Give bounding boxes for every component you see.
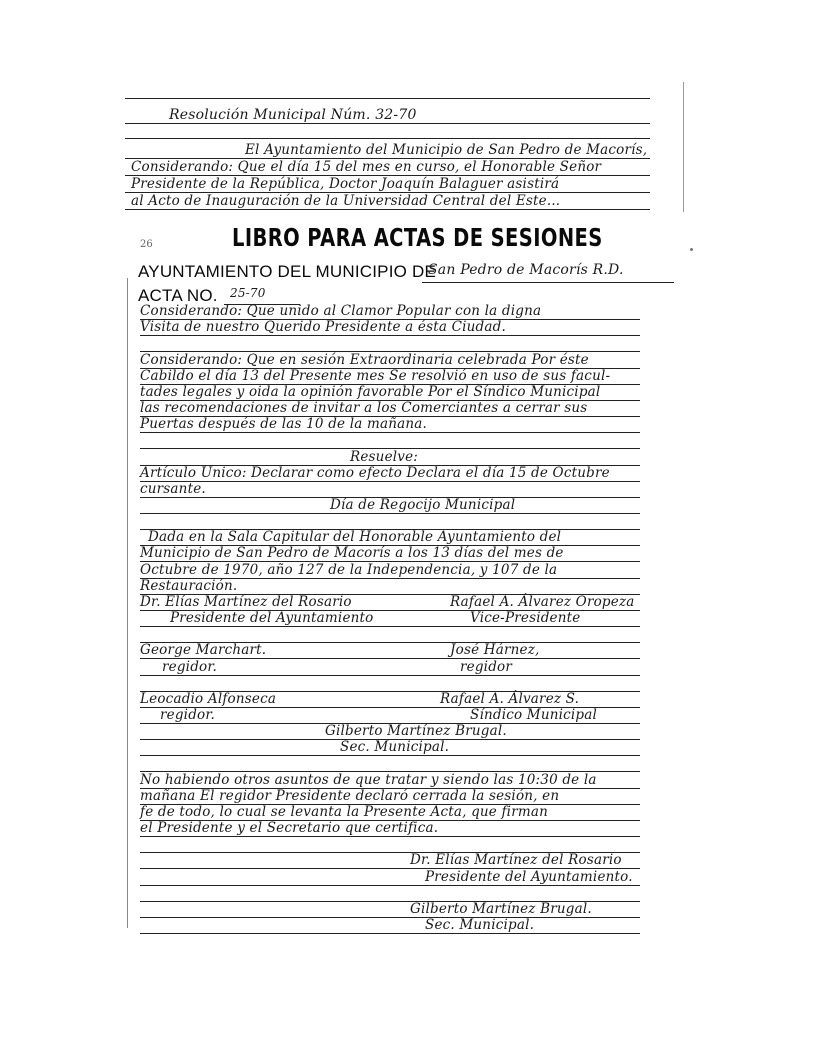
closing-line: No habiendo otros asuntos de que tratar … [140, 772, 640, 788]
acta-number-field: 25-70 [224, 286, 300, 305]
final-signature-name: Gilberto Martínez Brugal. [140, 902, 640, 918]
handwritten-text: regidor. [160, 707, 215, 723]
resolution-text: Presidente de la República, Doctor Joaqu… [131, 176, 559, 192]
handwritten-text: mañana El regidor Presidente declaró cer… [140, 788, 559, 804]
handwritten-text: las recomendaciones de invitar a los Com… [140, 400, 587, 416]
rule-line [125, 98, 650, 99]
handwritten-text: José Hárnez, [450, 642, 540, 658]
resolution-line: al Acto de Inauguración de la Universida… [125, 193, 650, 210]
scan-speck [690, 248, 693, 251]
handwritten-text: Visita de nuestro Querido Presidente a é… [140, 319, 506, 335]
blank-line [140, 514, 640, 530]
handwritten-text: Municipio de San Pedro de Macorís a los … [140, 545, 564, 561]
resolution-line: Considerando: Que el día 15 del mes en c… [125, 159, 650, 176]
handwritten-text: Considerando: Que unido al Clamor Popula… [140, 303, 541, 319]
handwritten-text: Gilberto Martínez Brugal. [325, 723, 507, 739]
handwritten-text: Resuelve: [350, 449, 418, 465]
resolution-title: Resolución Municipal Núm. 32-70 [169, 107, 417, 123]
resolution-text: Considerando: Que el día 15 del mes en c… [131, 159, 601, 175]
resolution-line: Presidente de la República, Doctor Joaqu… [125, 176, 650, 193]
handwritten-text: Cabildo el día 13 del Presente mes Se re… [140, 368, 610, 384]
dada-line: Restauración. [140, 579, 640, 595]
handwritten-text: Día de Regocijo Municipal [330, 497, 515, 513]
acta-number-value: 25-70 [224, 286, 266, 300]
resolution-line: El Ayuntamiento del Municipio de San Ped… [125, 138, 650, 159]
handwritten-text: Vice-Presidente [470, 610, 580, 626]
handwritten-text: Restauración. [140, 578, 237, 594]
considerando-1-line: Considerando: Que unido al Clamor Popula… [140, 304, 640, 320]
fragment-border [683, 82, 684, 212]
handwritten-text: Gilberto Martínez Brugal. [410, 901, 592, 917]
closing-line: fe de todo, lo cual se levanta la Presen… [140, 805, 640, 821]
considerando-1-line: Visita de nuestro Querido Presidente a é… [140, 320, 640, 336]
handwritten-text: Síndico Municipal [470, 707, 597, 723]
resolution-fragment: Resolución Municipal Núm. 32-70 El Ayunt… [125, 86, 650, 214]
handwritten-text: regidor [460, 659, 512, 675]
handwritten-text: Sec. Municipal. [425, 917, 534, 933]
rule-line [140, 933, 640, 934]
signature-role-line: Sec. Municipal. [140, 740, 640, 756]
handwritten-text: Artículo Unico: Declarar como efecto Dec… [140, 465, 610, 481]
final-signature-role: Presidente del Ayuntamiento. [140, 869, 640, 885]
signature-role-line: regidor.regidor [140, 659, 640, 675]
final-signature-role: Sec. Municipal. [140, 918, 640, 934]
blank-line [140, 886, 640, 902]
resolution-text: El Ayuntamiento del Municipio de San Ped… [245, 142, 647, 158]
signature-name-line: Leocadio AlfonsecaRafael A. Álvarez S. [140, 692, 640, 708]
signature-name-line: Gilberto Martínez Brugal. [140, 724, 640, 740]
handwritten-text: George Marchart. [140, 642, 266, 658]
dia-regocijo-line: Día de Regocijo Municipal [140, 498, 640, 514]
handwritten-text: Dr. Elías Martínez del Rosario [140, 594, 352, 610]
municipio-field: San Pedro de Macorís R.D. [422, 262, 674, 283]
left-margin-line [127, 278, 128, 928]
handwritten-text: Rafael A. Álvarez Oropeza [450, 594, 635, 610]
minutes-body: Considerando: Que unido al Clamor Popula… [140, 304, 640, 934]
considerando-2-line: las recomendaciones de invitar a los Com… [140, 401, 640, 417]
municipio-label: AYUNTAMIENTO DEL MUNICIPIO DE [138, 262, 436, 282]
dada-line: Municipio de San Pedro de Macorís a los … [140, 546, 640, 562]
articulo-line: Artículo Unico: Declarar como efecto Dec… [140, 466, 640, 482]
handwritten-text: el Presidente y el Secretario que certif… [140, 820, 438, 836]
blank-line [140, 336, 640, 352]
signature-role-line: regidor.Síndico Municipal [140, 708, 640, 724]
blank-line [140, 627, 640, 643]
handwritten-text: fe de todo, lo cual se levanta la Presen… [140, 804, 548, 820]
handwritten-text: Sec. Municipal. [340, 739, 449, 755]
articulo-line: cursante. [140, 482, 640, 498]
book-title: LIBRO PARA ACTAS DE SESIONES [232, 223, 603, 252]
handwritten-text: regidor. [162, 659, 217, 675]
page-number: 26 [140, 239, 153, 250]
handwritten-text: Presidente del Ayuntamiento [170, 610, 374, 626]
handwritten-text: Puertas después de las 10 de la mañana. [140, 416, 427, 432]
resuelve-heading: Resuelve: [140, 449, 640, 465]
handwritten-text: Octubre de 1970, año 127 de la Independe… [140, 562, 557, 578]
signature-name-line: George Marchart.José Hárnez, [140, 643, 640, 659]
handwritten-text: No habiendo otros asuntos de que tratar … [140, 772, 597, 788]
dada-line: Octubre de 1970, año 127 de la Independe… [140, 562, 640, 578]
considerando-2-line: Puertas después de las 10 de la mañana. [140, 417, 640, 433]
blank-line [140, 837, 640, 853]
handwritten-text: Leocadio Alfonseca [140, 691, 276, 707]
closing-line: mañana El regidor Presidente declaró cer… [140, 789, 640, 805]
handwritten-text: tades legales y oida la opinión favorabl… [140, 384, 600, 400]
blank-line [140, 676, 640, 692]
signature-role-line: Presidente del AyuntamientoVice-Presiden… [140, 611, 640, 627]
handwritten-text: Presidente del Ayuntamiento. [425, 869, 633, 885]
considerando-2-line: tades legales y oida la opinión favorabl… [140, 385, 640, 401]
resolution-title-line: Resolución Municipal Núm. 32-70 [125, 100, 650, 124]
signature-name-line: Dr. Elías Martínez del RosarioRafael A. … [140, 595, 640, 611]
closing-line: el Presidente y el Secretario que certif… [140, 821, 640, 837]
handwritten-text: Rafael A. Álvarez S. [440, 691, 579, 707]
handwritten-text: Considerando: Que en sesión Extraordinar… [140, 352, 589, 368]
handwritten-text: cursante. [140, 481, 206, 497]
resolution-text: al Acto de Inauguración de la Universida… [131, 193, 560, 209]
handwritten-text: Dr. Elías Martínez del Rosario [410, 852, 622, 868]
final-signature-name: Dr. Elías Martínez del Rosario [140, 853, 640, 869]
handwritten-text: Dada en la Sala Capitular del Honorable … [148, 529, 561, 545]
blank-line [140, 433, 640, 449]
considerando-2-line: Cabildo el día 13 del Presente mes Se re… [140, 369, 640, 385]
considerando-2-line: Considerando: Que en sesión Extraordinar… [140, 352, 640, 368]
municipio-value: San Pedro de Macorís R.D. [422, 262, 624, 278]
dada-line: Dada en la Sala Capitular del Honorable … [140, 530, 640, 546]
blank-line [140, 756, 640, 772]
